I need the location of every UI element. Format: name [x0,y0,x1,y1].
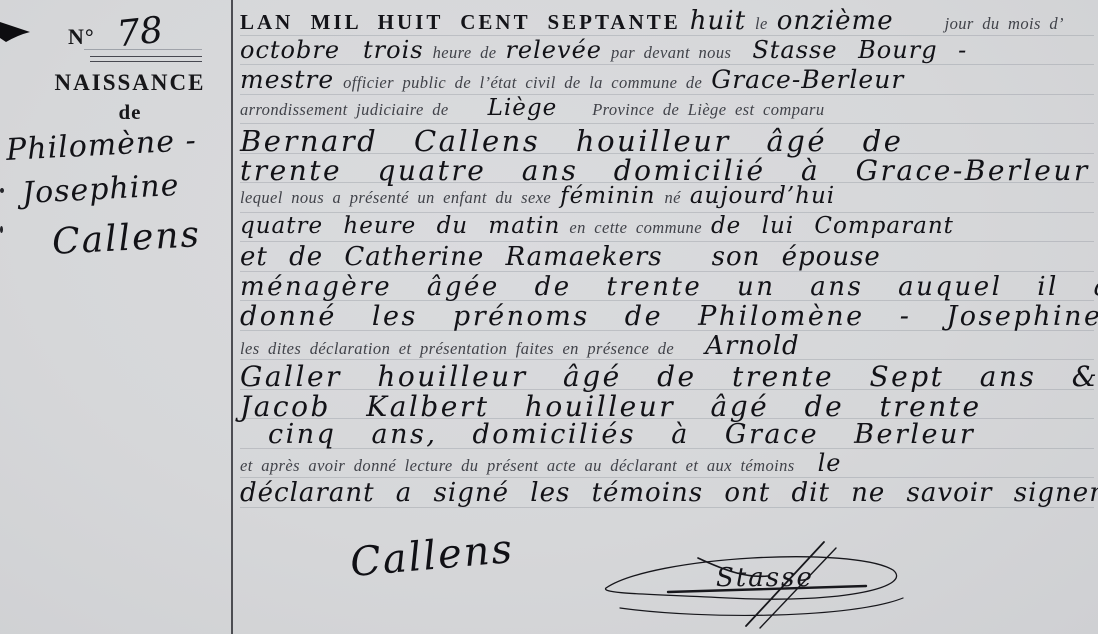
handwritten-entry: de lui Comparant [711,213,954,239]
printed-form-text: heure de [433,43,497,63]
number-fill-line [84,49,202,50]
printed-form-text: jour du mois d’ [945,14,1064,34]
act-number-label: N° [68,24,95,49]
printed-form-text: les dites déclaration et présentation fa… [240,339,674,359]
printed-form-text: le [755,14,768,34]
handwritten-entry: Grace-Berleur [711,65,904,94]
officer-signature: Stasse [598,538,928,630]
handwritten-entry: son épouse [712,242,881,272]
record-type-heading: NAISSANCE [0,70,232,96]
act-text-line: donné les prénoms de Philomène - Josephi… [240,301,1094,331]
handwritten-entry: et de Catherine Ramaekers [240,242,663,272]
record-type-subheading: de [0,100,232,125]
act-text-line: et de Catherine Ramaekersson épouse [240,242,1094,272]
printed-heading-text: LAN MIL HUIT CENT SEPTANTE [240,10,681,35]
handwritten-entry: aujourd’hui [690,183,835,209]
printed-form-text: officier public de l’état civil de la co… [343,73,702,93]
handwritten-entry: Stasse Bourg - [752,36,967,64]
act-text-line: octobretroisheure derelevéepar devant no… [240,36,1094,66]
handwritten-entry: octobre [240,36,340,64]
act-text-line: quatre heure du matinen cette communede … [240,213,1094,243]
printed-form-text: et après avoir donné lecture du présent … [240,456,795,476]
handwritten-entry: Galler houilleur âgé de trente Sept ans … [240,360,1098,393]
handwritten-entry: cinq ans, domiciliés à Grace Berleur [268,419,975,450]
margin-column: N°78 NAISSANCE de Philomène -JosephineCa… [0,0,232,634]
act-text-line: LAN MIL HUIT CENT SEPTANTEhuitleonzièmej… [240,6,1094,36]
handwritten-entry: ménagère âgée de trente un ans auquel il… [240,272,1098,302]
act-text-line: déclarant a signé les témoins ont dit ne… [240,478,1094,508]
handwritten-entry: Arnold [705,331,800,361]
handwritten-entry: relevée [505,36,602,64]
act-text-line: Galler houilleur âgé de trente Sept ans … [240,360,1094,390]
handwritten-entry: féminin [560,183,655,209]
printed-form-text: en cette commune [569,218,702,238]
child-name-line: Callens [51,214,202,263]
handwritten-entry: le [818,449,842,477]
printed-form-text: né [664,188,680,208]
child-name-line: Josephine [21,168,180,211]
handwritten-entry: Liège [488,95,558,121]
handwritten-entry: trois [363,36,424,64]
act-text-line: Jacob Kalbert houilleur âgé de trente [240,390,1094,420]
handwritten-entry: trente quatre ans domicilié à Grace-Berl… [240,154,1090,187]
printed-form-text: lequel nous a présenté un enfant du sexe [240,188,551,208]
ink-blot-mark [0,18,34,48]
act-text-line: et après avoir donné lecture du présent … [240,449,1094,479]
printed-form-text: par devant nous [611,43,731,63]
act-number-row: N°78 [68,12,163,53]
act-text-line: mestreofficier public de l’état civil de… [240,65,1094,95]
act-text-line: les dites déclaration et présentation fa… [240,331,1094,361]
act-text-line: arrondissement judiciaire deLiègeProvinc… [240,95,1094,125]
handwritten-entry: onzième [777,6,894,36]
act-text-line: cinq ans, domiciliés à Grace Berleur [240,419,1094,449]
double-rule-divider [90,56,202,62]
handwritten-entry: quatre heure du matin [240,213,560,239]
handwritten-entry: huit [690,6,746,36]
handwritten-entry: donné les prénoms de Philomène - Josephi… [240,301,1098,332]
act-text-line: ménagère âgée de trente un ans auquel il… [240,272,1094,302]
act-text-line: trente quatre ans domicilié à Grace-Berl… [240,154,1094,184]
printed-form-text: Province de Liège est comparu [592,100,824,120]
declarant-signature: Callens [348,526,515,586]
handwritten-entry: Jacob Kalbert houilleur âgé de trente [240,390,982,423]
officer-signature-text: Stasse [716,563,814,593]
child-name-line: Philomène - [5,123,197,168]
handwritten-entry: mestre [240,65,334,94]
child-name-handwritten: Philomène -JosephineCallens [0,128,232,268]
act-text-line: lequel nous a présenté un enfant du sexe… [240,183,1094,213]
birth-record-scan: N°78 NAISSANCE de Philomène -JosephineCa… [0,0,1098,634]
act-text-line: Bernard Callens houilleur âgé de [240,124,1094,154]
margin-separator-rule [231,0,233,634]
act-body: LAN MIL HUIT CENT SEPTANTEhuitleonzièmej… [240,6,1094,508]
printed-form-text: arrondissement judiciaire de [240,100,449,120]
handwritten-entry: déclarant a signé les témoins ont dit ne… [240,478,1098,508]
